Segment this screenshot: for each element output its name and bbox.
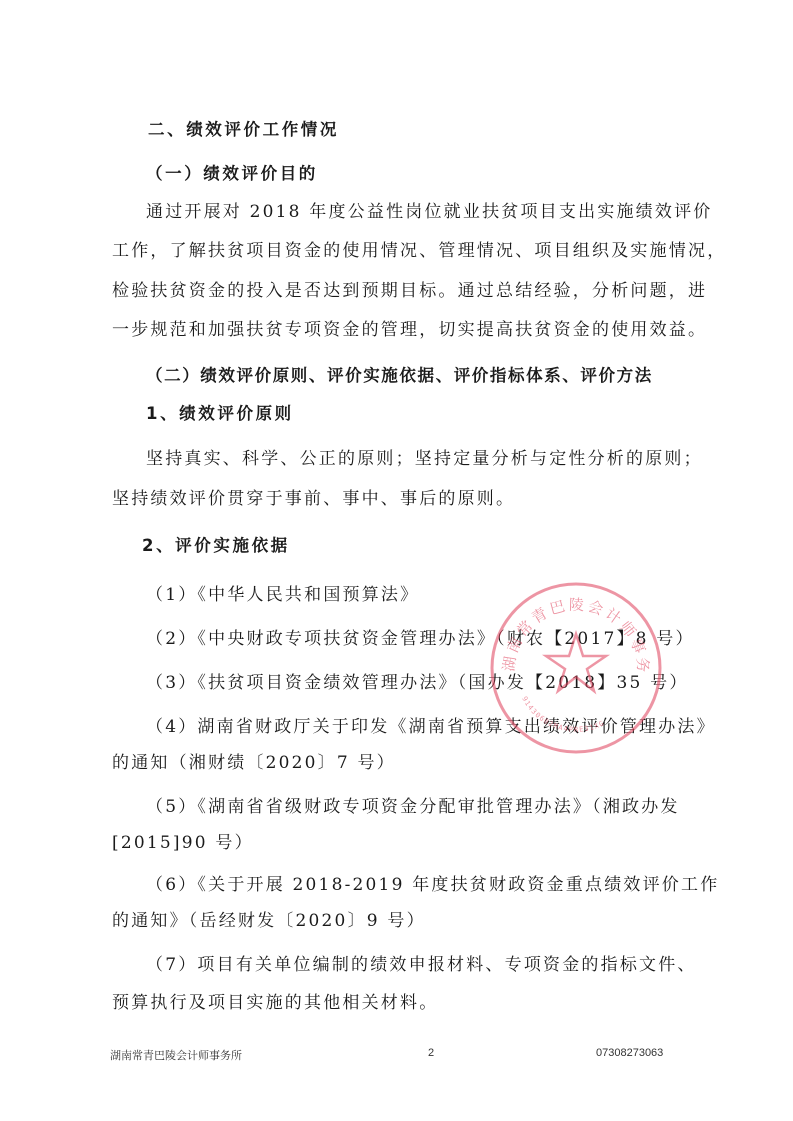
footer-page-number: 2 [428,1047,434,1059]
basis-line: 的通知》（岳经财发〔2020〕9 号） [112,906,426,931]
subsection-title-purpose: （一）绩效评价目的 [146,160,318,184]
paragraph-line: 通过开展对 2018 年度公益性岗位就业扶贫项目支出实施绩效评价 [146,197,712,222]
paragraph-line: 检验扶贫资金的投入是否达到预期目标。通过总结经验，分析问题，进 [112,276,707,301]
section-title: 二、绩效评价工作情况 [148,116,339,140]
basis-line: 预算执行及项目实施的其他相关材料。 [112,988,438,1013]
item-title-basis: 2、评价实施依据 [142,532,290,556]
subsection-title-principles: （二）绩效评价原则、评价实施依据、评价指标体系、评价方法 [146,362,653,386]
basis-line: （4）湖南省财政厅关于印发《湖南省预算支出绩效评价管理办法》 [146,712,716,737]
basis-line: （5）《湖南省省级财政专项资金分配审批管理办法》（湘政办发 [146,792,680,817]
footer-phone: 07308273063 [596,1047,663,1059]
basis-line: （2）《中央财政专项扶贫资金管理办法》（财农【2017】8 号） [146,624,695,649]
basis-line: （7）项目有关单位编制的绩效申报材料、专项资金的指标文件、 [146,950,697,975]
basis-line: [2015]90 号） [112,828,254,853]
basis-line: （1）《中华人民共和国预算法》 [146,580,419,605]
basis-line: （3）《扶贫项目资金绩效管理办法》（国办发【2018】35 号） [146,668,689,693]
paragraph-line: 工作，了解扶贫项目资金的使用情况、管理情况、项目组织及实施情况， [112,236,726,261]
footer-firm-name: 湖南常青巴陵会计师事务所 [110,1047,242,1063]
paragraph-line: 一步规范和加强扶贫专项资金的管理，切实提高扶贫资金的使用效益。 [112,315,707,340]
basis-line: （6）《关于开展 2018-2019 年度扶贫财政资金重点绩效评价工作 [146,870,719,895]
paragraph-line: 坚持真实、科学、公正的原则；坚持定量分析与定性分析的原则； [146,444,703,469]
paragraph-line: 坚持绩效评价贯穿于事前、事中、事后的原则。 [112,484,515,509]
basis-line: 的通知（湘财绩〔2020〕7 号） [112,748,396,773]
item-title-principles: 1、绩效评价原则 [146,400,294,424]
